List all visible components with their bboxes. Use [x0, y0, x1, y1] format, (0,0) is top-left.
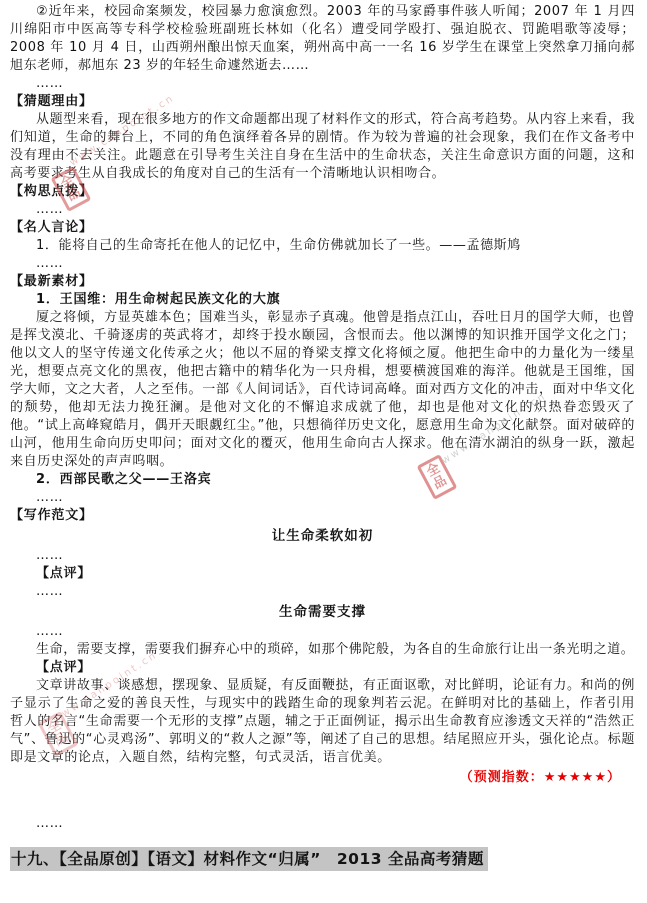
spacer — [10, 787, 635, 815]
ellipsis-line: …… — [10, 201, 635, 219]
ellipsis-line: …… — [10, 75, 635, 93]
quote-item: 1．能将自己的生命寄托在他人的记忆中，生命仿佛就加长了一些。——孟德斯鸠 — [10, 237, 635, 255]
essay1-title: 让生命柔软如初 — [10, 527, 635, 545]
section-title-sample: 【写作范文】 — [10, 507, 635, 525]
section-title-idea: 【构思点拨】 — [10, 183, 635, 201]
incident-paragraph: ②近年来，校园命案频发，校园暴力愈演愈烈。2003 年的马家爵事件骇人听闻；20… — [10, 3, 635, 75]
material-item1-paragraph: 厦之将倾，方显英雄本色；国难当头，彰显赤子真魂。他曾是指点江山，吞吐日月的国学大… — [10, 309, 635, 471]
comment-label: 【点评】 — [10, 565, 635, 583]
ellipsis-line: …… — [10, 547, 635, 565]
ellipsis-line: …… — [10, 623, 635, 641]
ellipsis-line: …… — [10, 489, 635, 507]
next-topic-heading: 十九、【全品原创】【语文】材料作文“归属” 2013 全品高考猜题 — [10, 847, 488, 871]
reason-paragraph: 从题型来看，现在很多地方的作文命题都出现了材料作文的形式，符合高考趋势。从内容上… — [10, 111, 635, 183]
ellipsis-line: …… — [10, 583, 635, 601]
comment-label: 【点评】 — [10, 659, 635, 677]
ellipsis-line: …… — [10, 815, 635, 833]
essay2-title: 生命需要支撑 — [10, 603, 635, 621]
comment-paragraph: 文章讲故事、谈感想，摆现象、显质疑，有反面鞭挞，有正面讴歌，对比鲜明，论证有力。… — [10, 677, 635, 767]
section-title-reason: 【猜题理由】 — [10, 93, 635, 111]
material-item1-title: 1．王国维：用生命树起民族文化的大旗 — [10, 291, 635, 309]
material-item2-title: 2．西部民歌之父——王洛宾 — [10, 471, 635, 489]
essay2-excerpt-paragraph: 生命，需要支撑，需要我们摒弃心中的琐碎，如那个佛陀般，为各自的生命旅行让出一条光… — [10, 641, 635, 659]
section-title-quotes: 【名人言论】 — [10, 219, 635, 237]
spacer — [10, 833, 635, 847]
section-title-material: 【最新素材】 — [10, 273, 635, 291]
ellipsis-line: …… — [10, 255, 635, 273]
prediction-index-line: （预测指数：★★★★★） — [10, 769, 621, 787]
document-page: 全品 www.canpoint.cn 全品 www.canpoint.cn 全品… — [0, 0, 647, 903]
